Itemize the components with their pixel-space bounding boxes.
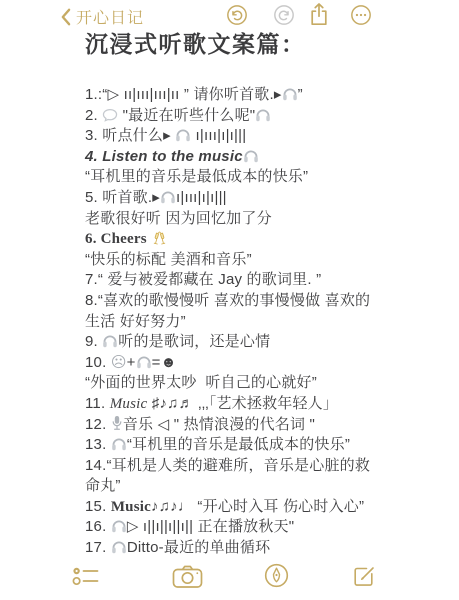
notes-app-screen: 开心日记 bbox=[0, 0, 459, 600]
headphones-icon bbox=[175, 128, 191, 142]
note-line: “外面的世界太吵 听自己的心就好” bbox=[85, 373, 385, 394]
note-line: 9. 听的是歌词，还是心情 bbox=[85, 332, 385, 353]
note-line: 4. Listen to the music bbox=[85, 147, 385, 168]
compose-button[interactable] bbox=[352, 564, 377, 589]
note-line: 11. Music ♯♪♫♬ ‚‚‚「艺术拯救年轻人」 bbox=[85, 394, 385, 415]
note-content[interactable]: 沉浸式听歌文案篇： 1.:“▷ ıı|ııı|ııı|ıı ” 请你听首歌.▸”… bbox=[85, 28, 385, 559]
markup-button[interactable] bbox=[264, 563, 289, 588]
speech-bubble-icon bbox=[102, 108, 118, 122]
note-line: 17. Ditto-最近的单曲循环 bbox=[85, 538, 385, 559]
camera-button[interactable] bbox=[172, 564, 203, 589]
note-line: “耳机里的音乐是最低成本的快乐” bbox=[85, 167, 385, 188]
note-line: 14.“耳机是人类的避难所，音乐是心脏的救 bbox=[85, 456, 385, 477]
cheers-glasses-icon bbox=[151, 231, 168, 245]
note-line: 16. ▷ ı||ı||ı||ı|| 正在播放秋天" bbox=[85, 517, 385, 538]
headphones-icon bbox=[111, 519, 127, 533]
bottom-toolbar bbox=[0, 558, 459, 600]
checklist-button[interactable] bbox=[72, 565, 99, 587]
headphones-icon bbox=[160, 190, 176, 204]
note-line: 12. 音乐 ◁ " 热情浪漫的代名词 " bbox=[85, 415, 385, 436]
note-line: 2. "最近在听些什么呢" bbox=[85, 106, 385, 127]
headphones-icon bbox=[111, 540, 127, 554]
headphones-icon bbox=[282, 87, 298, 101]
note-line: 命丸” bbox=[85, 476, 385, 497]
note-line: 5. 听首歌.▸ı|ııı|ı|ı||| bbox=[85, 188, 385, 209]
note-line: 1.:“▷ ıı|ııı|ııı|ıı ” 请你听首歌.▸” bbox=[85, 85, 385, 106]
note-line: 15. Music♪♫♪♩ “开心时入耳 伤心时入心” bbox=[85, 497, 385, 518]
headphones-icon bbox=[243, 149, 259, 163]
back-button[interactable]: 开心日记 bbox=[60, 5, 144, 28]
back-label: 开心日记 bbox=[76, 5, 144, 28]
headphones-icon bbox=[111, 437, 127, 451]
note-line: 7.“ 爱与被爱都藏在 Jay 的歌词里. ” bbox=[85, 270, 385, 291]
nav-bar: 开心日记 bbox=[0, 0, 459, 30]
headphones-icon bbox=[102, 334, 118, 348]
note-line: “快乐的标配 美酒和音乐” bbox=[85, 250, 385, 271]
chevron-left-icon bbox=[60, 8, 71, 26]
headphones-icon bbox=[136, 355, 152, 369]
note-line: 8.“喜欢的歌慢慢听 喜欢的事慢慢做 喜欢的 bbox=[85, 291, 385, 312]
note-line: 13. “耳机里的音乐是最低成本的快乐” bbox=[85, 435, 385, 456]
redo-button[interactable] bbox=[273, 4, 295, 26]
more-options-button[interactable] bbox=[350, 4, 372, 26]
headphones-icon bbox=[255, 108, 271, 122]
note-line: 老歌很好听 因为回忆加了分 bbox=[85, 209, 385, 230]
undo-button[interactable] bbox=[226, 4, 248, 26]
note-lines: 1.:“▷ ıı|ııı|ııı|ıı ” 请你听首歌.▸”2. "最近在听些什… bbox=[85, 85, 385, 559]
share-button[interactable] bbox=[309, 2, 331, 24]
note-line: 6. Cheers bbox=[85, 229, 385, 250]
note-line: 10. ☹+=☻ bbox=[85, 353, 385, 374]
note-line: 3. 听点什么▸ ı|ııı|ı|ı||| bbox=[85, 126, 385, 147]
note-title: 沉浸式听歌文案篇： bbox=[85, 28, 385, 60]
note-line: 生活 好好努力” bbox=[85, 312, 385, 333]
microphone-icon bbox=[111, 415, 123, 431]
